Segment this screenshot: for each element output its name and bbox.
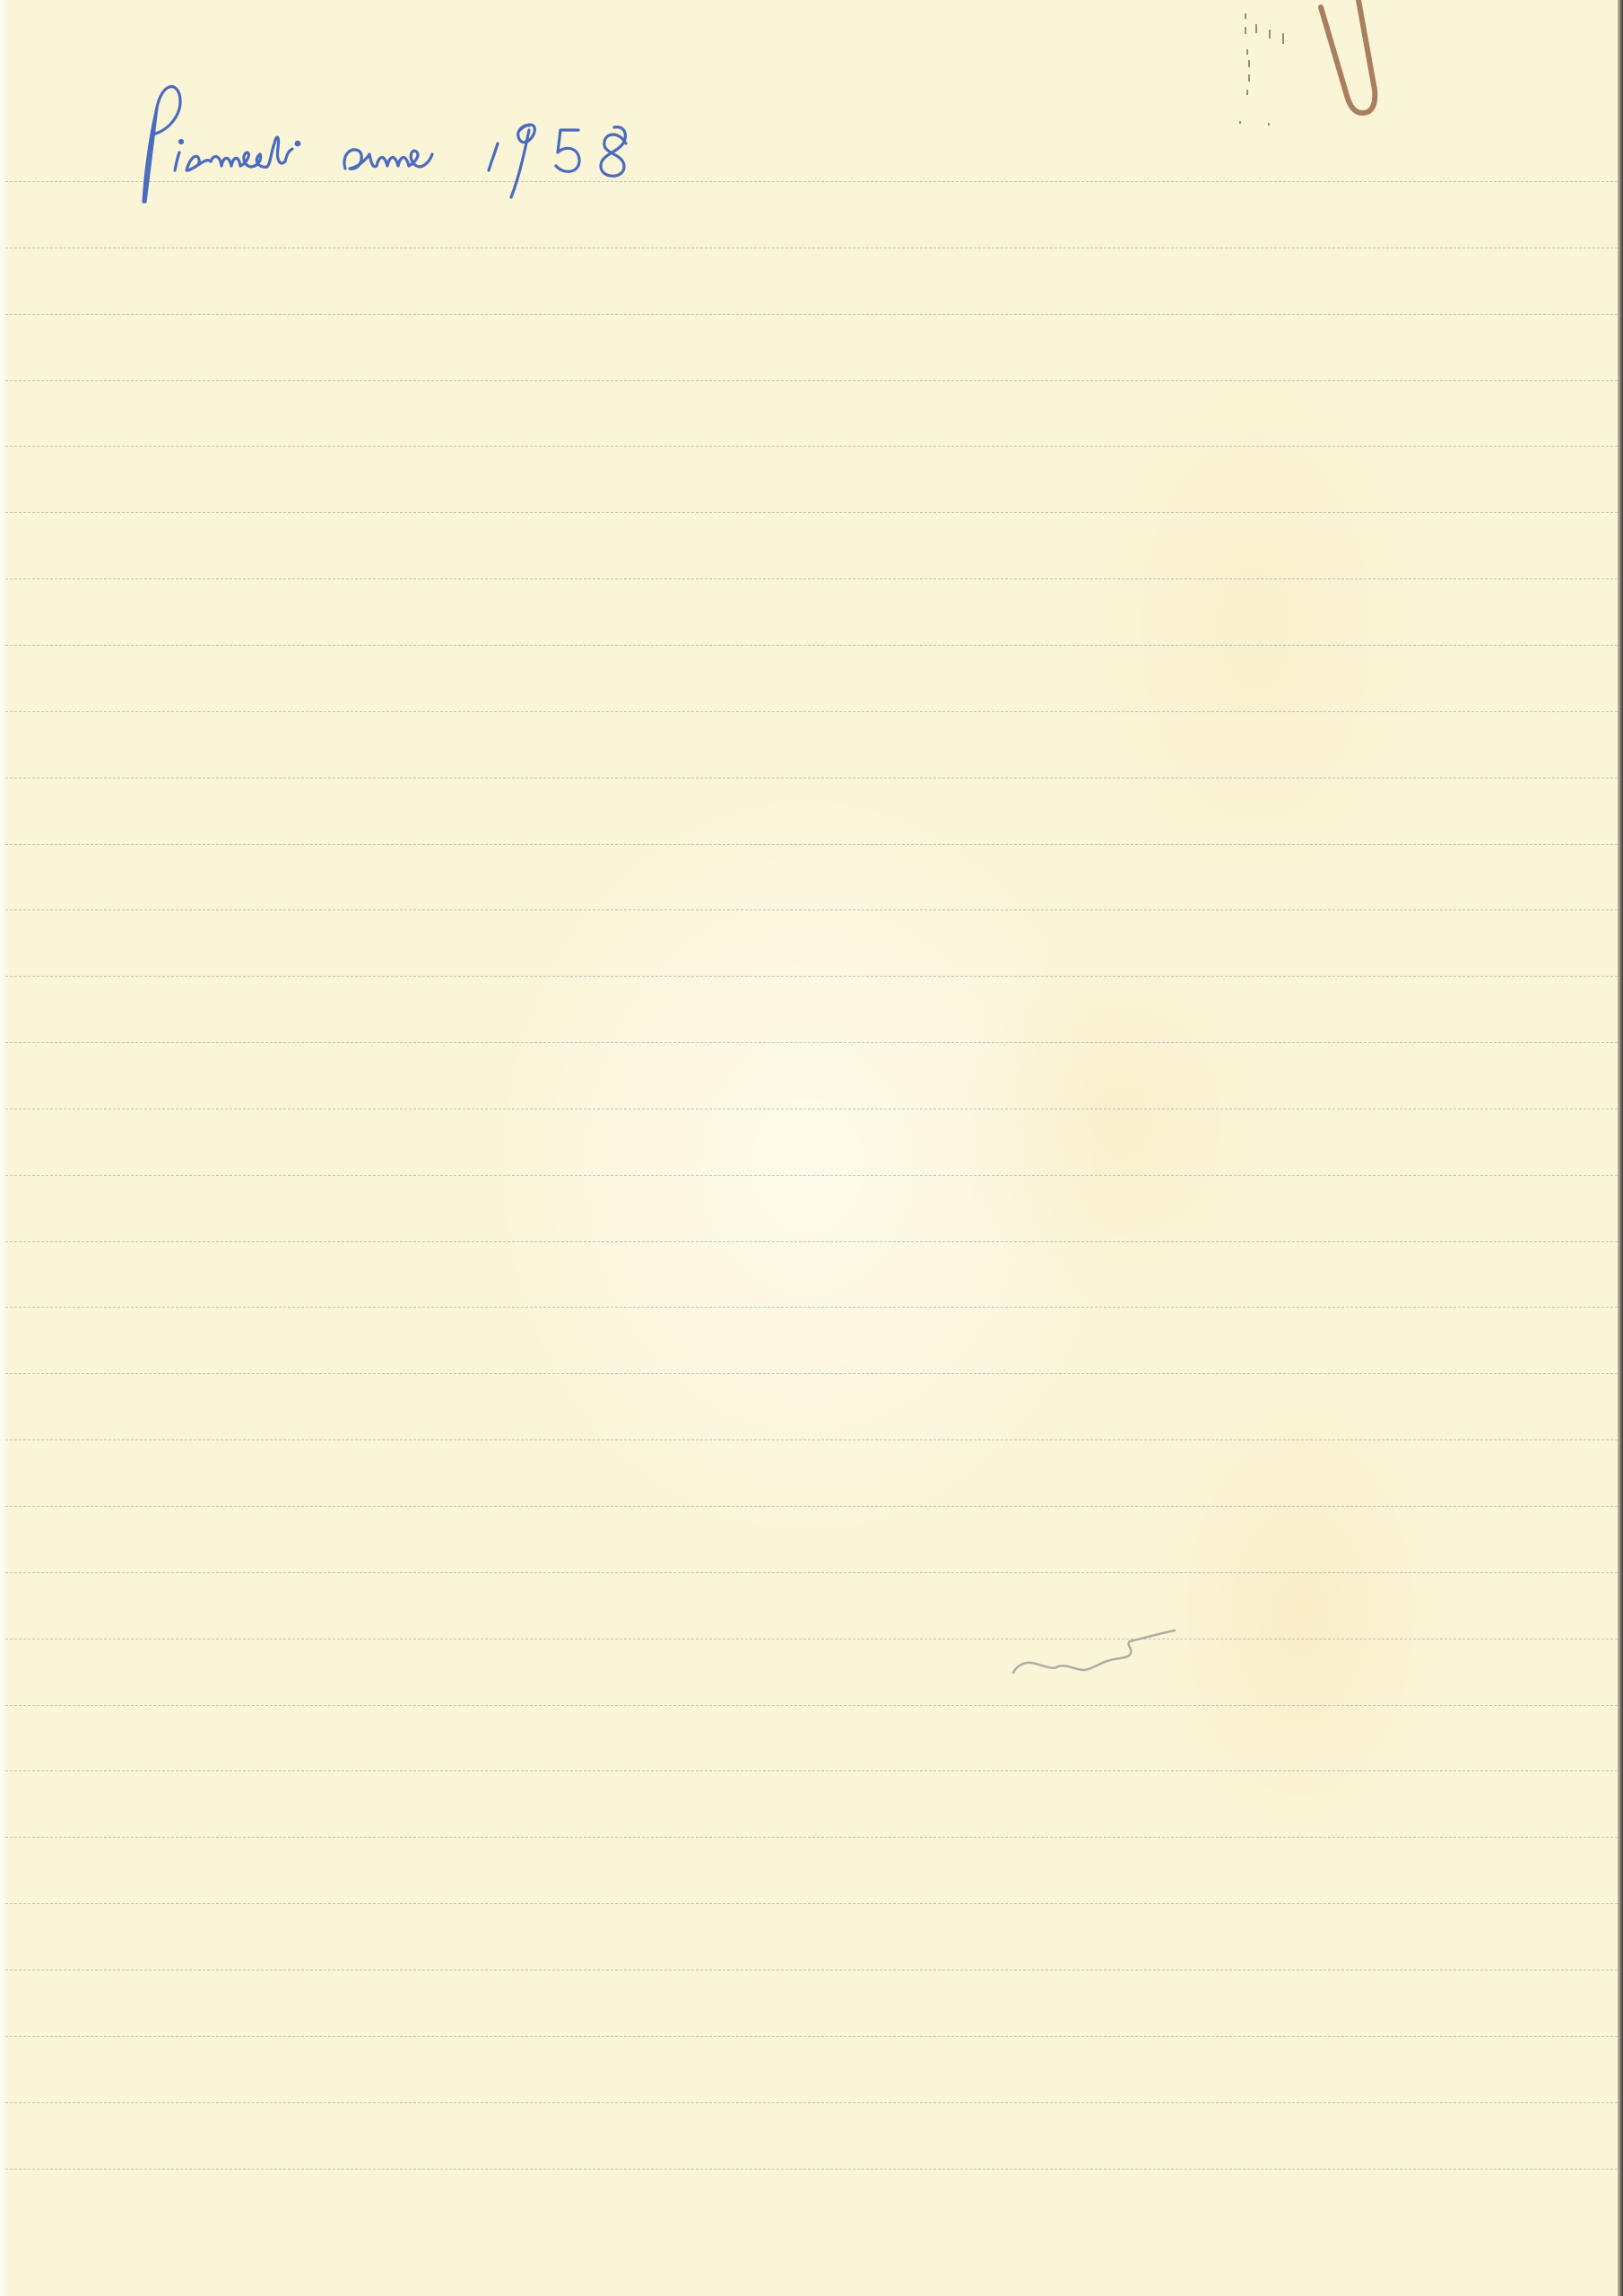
ruled-line — [5, 1705, 1618, 1706]
pencil-scribble — [1004, 1614, 1184, 1677]
ruled-line — [5, 976, 1618, 977]
handwritten-heading-text: Pisaneschi Anna 1958 — [143, 108, 795, 169]
ruled-line — [5, 645, 1618, 646]
ruled-line — [5, 1572, 1618, 1573]
ruled-line — [5, 1970, 1618, 1970]
ruled-line — [5, 446, 1618, 447]
ruled-line — [5, 909, 1618, 910]
ruled-line — [5, 778, 1618, 778]
ruled-line — [5, 1373, 1618, 1374]
page-right-edge — [1618, 0, 1623, 2296]
ruled-line — [5, 711, 1618, 712]
faded-stamp-marks — [1228, 4, 1318, 130]
ruled-line — [5, 844, 1618, 845]
ruled-line — [5, 2169, 1618, 2170]
paper-clip-rust-mark — [1314, 0, 1385, 121]
ruled-line — [5, 1770, 1618, 1771]
torn-left-edge — [0, 0, 9, 2296]
ruled-line — [5, 1042, 1618, 1043]
ruled-line — [5, 1439, 1618, 1440]
ruled-line — [5, 1639, 1618, 1639]
ruled-line — [5, 1506, 1618, 1507]
ruled-line — [5, 1241, 1618, 1242]
ruled-line — [5, 1837, 1618, 1838]
ruled-line — [5, 1307, 1618, 1308]
ruled-paper-page: Pisaneschi Anna 1958 — [0, 0, 1623, 2296]
ruled-line — [5, 1109, 1618, 1109]
ruled-line — [5, 380, 1618, 381]
ruled-line — [5, 578, 1618, 579]
ruled-line — [5, 2102, 1618, 2103]
ruled-line — [5, 1175, 1618, 1176]
ruled-line — [5, 2036, 1618, 2037]
ruled-line — [5, 314, 1618, 315]
ruled-line — [5, 248, 1618, 248]
ruled-line — [5, 512, 1618, 513]
ruled-line — [5, 1903, 1618, 1904]
